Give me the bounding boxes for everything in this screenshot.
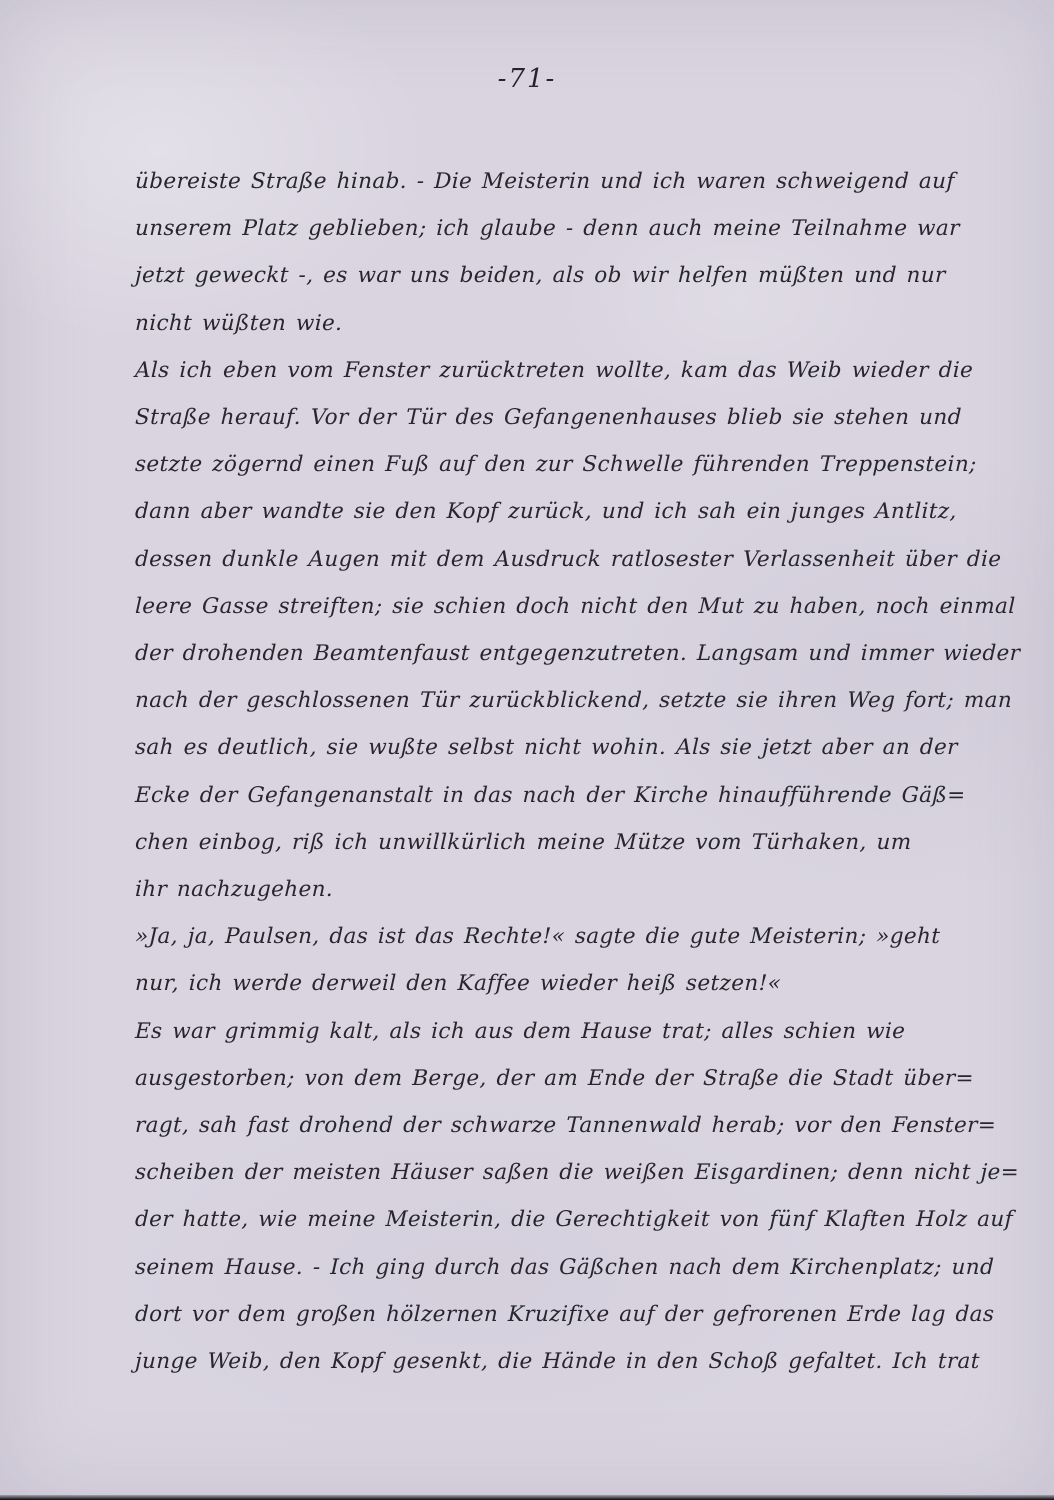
text-line: leere Gasse streiften; sie schien doch n… xyxy=(134,583,925,630)
text-line: ragt, sah fast drohend der schwarze Tann… xyxy=(134,1102,925,1149)
text-line: Es war grimmig kalt, als ich aus dem Hau… xyxy=(134,1008,925,1055)
text-line: nur, ich werde derweil den Kaffee wieder… xyxy=(134,960,925,1007)
text-line: jetzt geweckt -, es war uns beiden, als … xyxy=(134,252,925,299)
text-line: ihr nachzugehen. xyxy=(134,866,925,913)
text-line: nicht wüßten wie. xyxy=(134,300,925,347)
text-line: übereiste Straße hinab. - Die Meisterin … xyxy=(134,158,925,205)
page-number: -71- xyxy=(0,64,1054,94)
text-line: Ecke der Gefangenanstalt in das nach der… xyxy=(134,772,925,819)
handwritten-text-block: übereiste Straße hinab. - Die Meisterin … xyxy=(135,158,925,1385)
text-line: dort vor dem großen hölzernen Kruzifixe … xyxy=(134,1291,925,1338)
text-line: setzte zögernd einen Fuß auf den zur Sch… xyxy=(134,441,925,488)
text-line: junge Weib, den Kopf gesenkt, die Hände … xyxy=(134,1338,925,1385)
text-line: nach der geschlossenen Tür zurückblicken… xyxy=(134,677,925,724)
text-line: »Ja, ja, Paulsen, das ist das Rechte!« s… xyxy=(134,913,925,960)
text-line: dann aber wandte sie den Kopf zurück, un… xyxy=(134,488,925,535)
text-line: ausgestorben; von dem Berge, der am Ende… xyxy=(134,1055,925,1102)
text-line: Straße herauf. Vor der Tür des Gefangene… xyxy=(134,394,925,441)
text-line: der hatte, wie meine Meisterin, die Gere… xyxy=(134,1196,925,1243)
scan-bottom-edge xyxy=(0,1495,1054,1500)
text-line: Als ich eben vom Fenster zurücktreten wo… xyxy=(134,347,925,394)
text-line: scheiben der meisten Häuser saßen die we… xyxy=(134,1149,925,1196)
text-line: dessen dunkle Augen mit dem Ausdruck rat… xyxy=(134,536,925,583)
text-line: der drohenden Beamtenfaust entgegenzutre… xyxy=(134,630,925,677)
text-line: chen einbog, riß ich unwillkürlich meine… xyxy=(134,819,925,866)
text-line: sah es deutlich, sie wußte selbst nicht … xyxy=(134,724,925,771)
text-line: seinem Hause. - Ich ging durch das Gäßch… xyxy=(134,1244,925,1291)
manuscript-page: -71- übereiste Straße hinab. - Die Meist… xyxy=(0,0,1054,1500)
text-line: unserem Platz geblieben; ich glaube - de… xyxy=(134,205,925,252)
